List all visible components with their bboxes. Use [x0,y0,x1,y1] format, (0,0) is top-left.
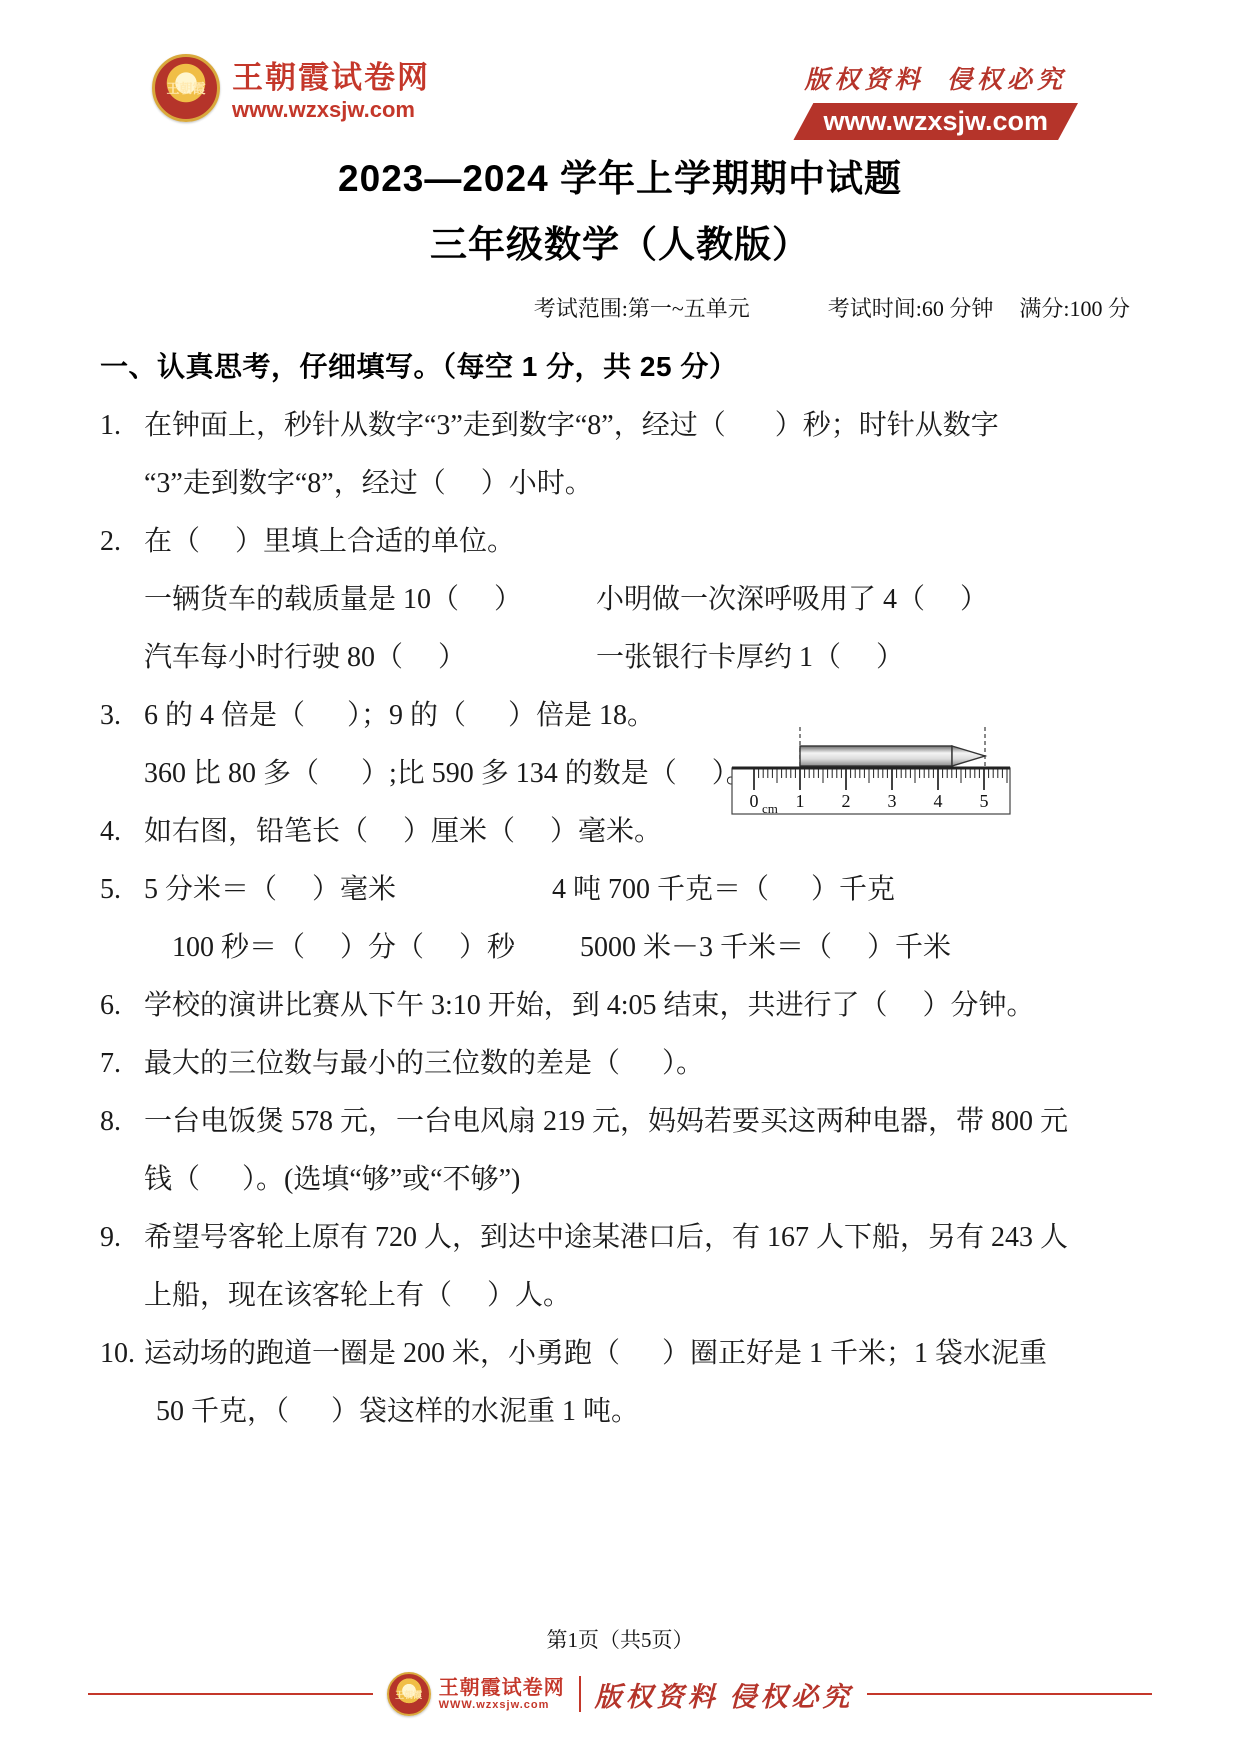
question-7-number: 7. [100,1048,144,1080]
ruler-label-0: 0 [750,791,759,811]
site-logo: 王朝霞 王朝霞试卷网 www.wzxsjw.com [152,52,430,123]
ruler-label-2: 2 [842,791,851,811]
question-9: 9. 希望号客轮上原有 720 人，到达中途某港口后，有 167 人下船，另有 … [100,1215,1140,1251]
exam-info: 考试范围:第一~五单元 考试时间:60 分钟 满分:100 分 [100,292,1140,323]
question-3-number: 3. [100,700,144,732]
question-9-text: 希望号客轮上原有 720 人，到达中途某港口后，有 167 人下船，另有 243… [144,1215,1068,1255]
footer-logo: 王朝霞 王朝霞试卷网 WWW.wzxsjw.com [387,1672,565,1716]
question-2-text: 在（ ）里填上合适的单位。 [144,519,515,559]
question-8-number: 8. [100,1106,144,1138]
site-name: 王朝霞试卷网 [232,52,430,97]
question-5-row2: 100 秒＝（ ）分（ ）秒 5000 米－3 千米＝（ ）千米 [100,925,1140,961]
footer-bar: 王朝霞 王朝霞试卷网 WWW.wzxsjw.com 版权资料 侵权必究 [88,1672,1152,1716]
question-7: 7. 最大的三位数与最小的三位数的差是（ ）。 [100,1041,1140,1077]
question-1-line2: “3”走到数字“8”，经过（ ）小时。 [100,461,1140,497]
exam-paper-page: 王朝霞 王朝霞试卷网 www.wzxsjw.com 版权资料 侵权必究 www.… [0,0,1240,1753]
question-4-text: 如右图，铅笔长（ ）厘米（ ）毫米。 [144,809,662,849]
question-10-number: 10. [100,1338,144,1370]
question-10-line2: 50 千克，（ ）袋这样的水泥重 1 吨。 [100,1389,1140,1425]
question-10-text-cont: 50 千克，（ ）袋这样的水泥重 1 吨。 [156,1389,639,1429]
question-3-text-cont: 360 比 80 多（ ）;比 590 多 134 的数是（ ）。 [144,751,754,791]
question-2-row1-right: 小明做一次深呼吸用了 4（ ） [596,577,988,617]
question-8-line2: 钱（ ）。(选填“够”或“不够”) [100,1157,1140,1193]
ruler-label-4: 4 [934,791,943,811]
question-2-row1-left: 一辆货车的载质量是 10（ ） [144,577,596,617]
question-1: 1. 在钟面上，秒针从数字“3”走到数字“8”，经过（ ）秒；时针从数字 [100,403,1140,439]
site-logo-medal-icon: 王朝霞 [152,54,220,122]
question-5: 5. 5 分米＝（ ）毫米 4 吨 700 千克＝（ ）千克 [100,867,1140,903]
question-5-row2-left: 100 秒＝（ ）分（ ）秒 [144,925,580,965]
question-1-text: 在钟面上，秒针从数字“3”走到数字“8”，经过（ ）秒；时针从数字 [144,403,999,443]
question-5-row1-right: 4 吨 700 千克＝（ ）千克 [552,867,895,907]
ruler-unit-label: cm [762,801,778,816]
exam-scope: 考试范围:第一~五单元 [534,292,750,323]
exam-title-line1: 2023—2024 学年上学期期中试题 [100,148,1140,202]
page-header: 王朝霞 王朝霞试卷网 www.wzxsjw.com 版权资料 侵权必究 www.… [100,52,1140,140]
question-3-text: 6 的 4 倍是（ ）；9 的（ ）倍是 18。 [144,693,655,733]
question-2-row2-right: 一张银行卡厚约 1（ ） [596,635,904,675]
copyright-slogan: 版权资料 侵权必究 [793,60,1078,96]
question-2-row2-left: 汽车每小时行驶 80（ ） [144,635,596,675]
ruler-label-1: 1 [796,791,805,811]
medal-text: 王朝霞 [166,78,205,97]
question-8-text: 一台电饭煲 578 元，一台电风扇 219 元，妈妈若要买这两种电器，带 800… [144,1099,1068,1139]
copyright-block: 版权资料 侵权必究 www.wzxsjw.com [793,52,1078,140]
question-6-number: 6. [100,990,144,1022]
copyright-url-banner: www.wzxsjw.com [793,103,1078,140]
footer-medal-text: 王朝霞 [395,1688,422,1701]
ruler-label-5: 5 [980,791,989,811]
question-10: 10. 运动场的跑道一圈是 200 米，小勇跑（ ）圈正好是 1 千米；1 袋水… [100,1331,1140,1367]
question-5-row1-left: 5 分米＝（ ）毫米 [144,867,552,907]
pencil-body [800,746,952,766]
exam-title-line2: 三年级数学（人教版） [100,214,1140,268]
question-2-row1: 一辆货车的载质量是 10（ ） 小明做一次深呼吸用了 4（ ） [100,577,1140,613]
question-9-number: 9. [100,1222,144,1254]
question-6-text: 学校的演讲比赛从下午 3:10 开始，到 4:05 结束，共进行了（ ）分钟。 [144,983,1035,1023]
question-2: 2. 在（ ）里填上合适的单位。 [100,519,1140,555]
question-8-text-cont: 钱（ ）。(选填“够”或“不够”) [144,1157,520,1197]
pencil-ruler-figure: 0 cm 1 2 3 4 5 [724,722,1016,816]
footer-site-name: 王朝霞试卷网 [439,1677,565,1699]
question-list: 1. 在钟面上，秒针从数字“3”走到数字“8”，经过（ ）秒；时针从数字 “3”… [100,403,1140,1425]
question-2-row2: 汽车每小时行驶 80（ ） 一张银行卡厚约 1（ ） [100,635,1140,671]
footer-site-url: WWW.wzxsjw.com [439,1699,565,1711]
exam-duration: 考试时间:60 分钟 [828,292,994,323]
question-1-text-cont: “3”走到数字“8”，经过（ ）小时。 [144,461,593,501]
footer-left-rule [88,1693,373,1695]
section-one-heading: 一、认真思考，仔细填写。（每空 1 分，共 25 分） [100,345,1140,385]
exam-full-score: 满分:100 分 [1019,292,1130,323]
footer-right-rule [867,1693,1152,1695]
question-10-text: 运动场的跑道一圈是 200 米，小勇跑（ ）圈正好是 1 千米；1 袋水泥重 [144,1331,1047,1371]
question-1-number: 1. [100,410,144,442]
question-9-line2: 上船，现在该客轮上有（ ）人。 [100,1273,1140,1309]
footer-divider [579,1676,581,1712]
site-url: www.wzxsjw.com [232,97,430,123]
question-7-text: 最大的三位数与最小的三位数的差是（ ）。 [144,1041,704,1081]
page-number: 第1页（共5页） [0,1624,1240,1654]
question-6: 6. 学校的演讲比赛从下午 3:10 开始，到 4:05 结束，共进行了（ ）分… [100,983,1140,1019]
footer-logo-medal-icon: 王朝霞 [387,1672,431,1716]
question-4-number: 4. [100,816,144,848]
question-2-number: 2. [100,526,144,558]
question-8: 8. 一台电饭煲 578 元，一台电风扇 219 元，妈妈若要买这两种电器，带 … [100,1099,1140,1135]
question-9-text-cont: 上船，现在该客轮上有（ ）人。 [144,1273,571,1313]
site-logo-text: 王朝霞试卷网 www.wzxsjw.com [232,52,430,123]
pencil-tip [952,746,985,766]
footer-slogan: 版权资料 侵权必究 [595,1675,854,1714]
pencil-ruler-svg: 0 cm 1 2 3 4 5 [724,722,1016,816]
question-5-row2-right: 5000 米－3 千米＝（ ）千米 [580,925,951,965]
question-5-number: 5. [100,874,144,906]
ruler-label-3: 3 [888,791,897,811]
footer-logo-text: 王朝霞试卷网 WWW.wzxsjw.com [439,1677,565,1711]
